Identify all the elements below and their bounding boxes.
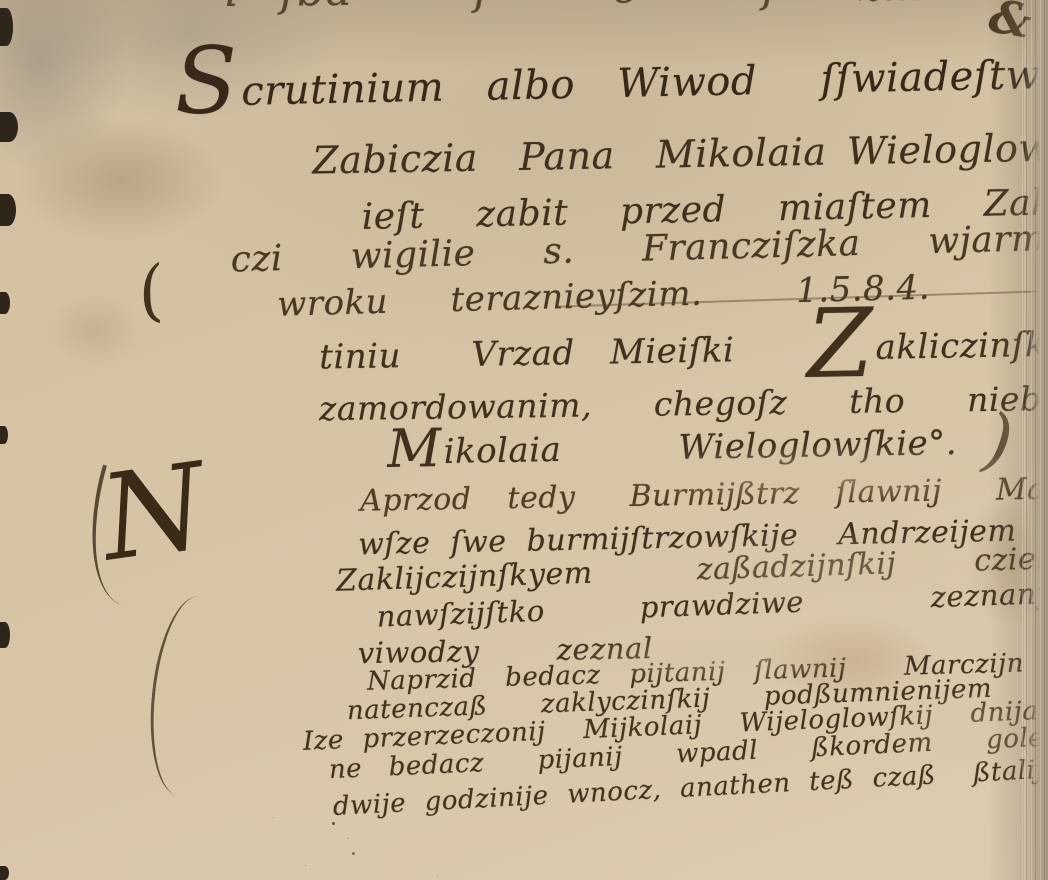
paragraph-initial-n: N (103, 505, 205, 519)
fold-shadow (988, 0, 1024, 880)
left-edge-fragment (0, 8, 13, 46)
left-edge-fragment (0, 194, 16, 226)
page-edge-right (1022, 0, 1048, 880)
left-edge-fragment (0, 292, 10, 314)
manuscript-page: l ſba ſ 6 ſ zm ſ 1 ss & Scrutinium albo … (0, 0, 1048, 880)
left-edge-fragment (0, 426, 8, 444)
left-edge-fragment (0, 866, 9, 880)
ink-specks (332, 822, 335, 825)
illuminated-initial-s: S (175, 81, 239, 82)
left-edge-fragment (0, 112, 18, 142)
left-edge-fragment (0, 622, 10, 648)
